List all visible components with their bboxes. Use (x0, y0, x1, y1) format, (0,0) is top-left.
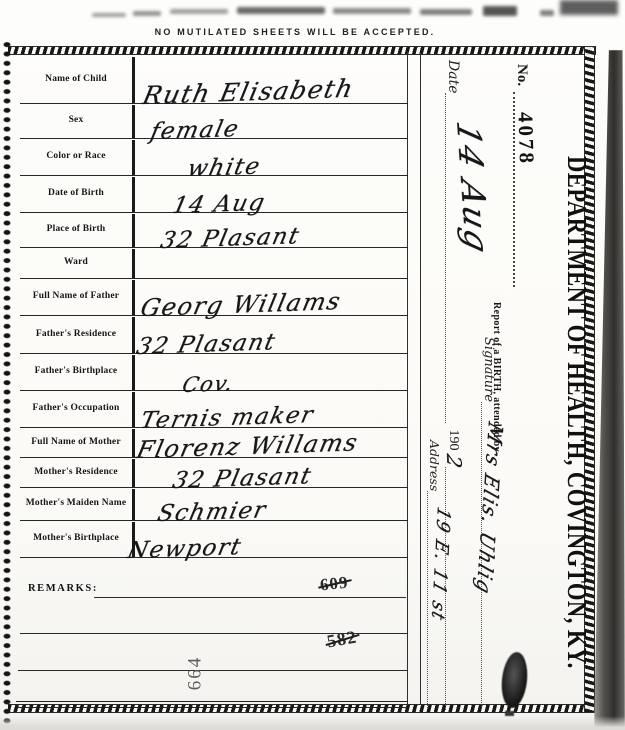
label-divider (132, 57, 135, 103)
label-divider (132, 214, 135, 247)
field-row-mothers-maiden-name: Mother's Maiden Name Schmier (20, 487, 408, 521)
field-label: Full Name of Mother (20, 427, 132, 457)
printed-year-prefix: 190 (445, 429, 461, 450)
field-label: Father's Residence (20, 315, 132, 353)
address-line: Address 19 E. 11 st (427, 440, 442, 708)
field-label: Mother's Birthplace (20, 520, 132, 557)
field-value-handwritten: Newport (125, 534, 244, 564)
number-dotted-line: 4078 (513, 92, 536, 287)
table-bottom-border (16, 701, 408, 708)
scan-bottom-shadow (0, 716, 625, 730)
remarks-label: REMARKS: (28, 583, 98, 594)
field-row-fathers-birthplace: Father's Birthplace Cov. (20, 353, 408, 391)
field-row-mothers-residence: Mother's Residence 32 Plasant (20, 457, 408, 488)
label-divider (132, 177, 135, 212)
date-label: Date (445, 60, 461, 93)
signature-line: Signature Mrs Elis. Uhlig (481, 337, 496, 709)
date-handwritten: 14 Aug (449, 118, 497, 258)
field-row-ward: Ward (20, 247, 408, 279)
field-label: Place of Birth (20, 212, 132, 247)
field-label: Full Name of Father (20, 278, 132, 315)
label-divider (132, 392, 135, 427)
certificate-number-stamp: 4078 (514, 92, 537, 167)
field-row-name-of-child: Name of Child Ruth Elisabeth (20, 55, 408, 104)
no-mutilated-notice: NO MUTILATED SHEETS WILL BE ACCEPTED. (60, 27, 530, 37)
label-divider (132, 140, 135, 175)
sideways-number-664: 664 (184, 656, 206, 691)
field-row-full-name-of-mother: Full Name of Mother Florenz Willams (20, 427, 408, 458)
chain-border-left (0, 40, 15, 730)
rotated-stub-content: DEPARTMENT OF HEALTH, COVINGTON, KY. No.… (408, 52, 594, 712)
label-divider (132, 355, 135, 390)
field-row-fathers-residence: Father's Residence 32 Plasant (20, 315, 408, 354)
field-label: Father's Birthplace (20, 353, 132, 390)
no-label: No. (513, 64, 530, 86)
blank-line (18, 670, 408, 671)
page-curl-shadow (594, 50, 625, 730)
field-row-sex: Sex female (20, 103, 408, 139)
signature-label: Signature (481, 337, 496, 402)
label-divider (132, 105, 135, 138)
field-label: Name of Child (20, 55, 132, 103)
field-row-fathers-occupation: Father's Occupation Ternis maker (20, 390, 408, 428)
field-label: Color or Race (20, 138, 132, 175)
field-label: Mother's Maiden Name (20, 487, 132, 520)
corner-ink-smudge (560, 0, 618, 15)
remarks-line (94, 597, 406, 598)
field-row-date-of-birth: Date of Birth 14 Aug (20, 175, 408, 213)
field-row-color-or-race: Color or Race white (20, 138, 408, 176)
crossed-number-609: 609 (319, 573, 349, 596)
field-row-place-of-birth: Place of Birth 32 Plasant (20, 212, 408, 248)
crossed-number-582: 582 (325, 627, 358, 653)
field-label: Date of Birth (20, 175, 132, 212)
department-title: DEPARTMENT OF HEALTH, COVINGTON, KY. (561, 156, 592, 669)
label-divider (132, 429, 135, 457)
label-divider (132, 459, 135, 487)
label-divider (132, 249, 135, 278)
field-label: Sex (20, 103, 132, 138)
field-label: Father's Occupation (20, 390, 132, 427)
label-divider (132, 489, 135, 520)
rotated-stub-panel: DEPARTMENT OF HEALTH, COVINGTON, KY. No.… (408, 52, 594, 712)
field-label: Ward (20, 247, 132, 278)
birth-certificate-scan: NO MUTILATED SHEETS WILL BE ACCEPTED. Na… (0, 0, 625, 730)
label-divider (132, 317, 135, 353)
certificate-number-line: No. 4078 (513, 64, 536, 287)
label-divider (132, 280, 135, 315)
field-row-mothers-birthplace: Mother's Birthplace Newport (20, 520, 408, 558)
field-label: Mother's Residence (20, 457, 132, 487)
address-label: Address (427, 440, 442, 491)
field-row-full-name-of-father: Full Name of Father Georg Willams (20, 278, 408, 316)
signature-handwritten: Mrs Elis. Uhlig (472, 419, 508, 598)
